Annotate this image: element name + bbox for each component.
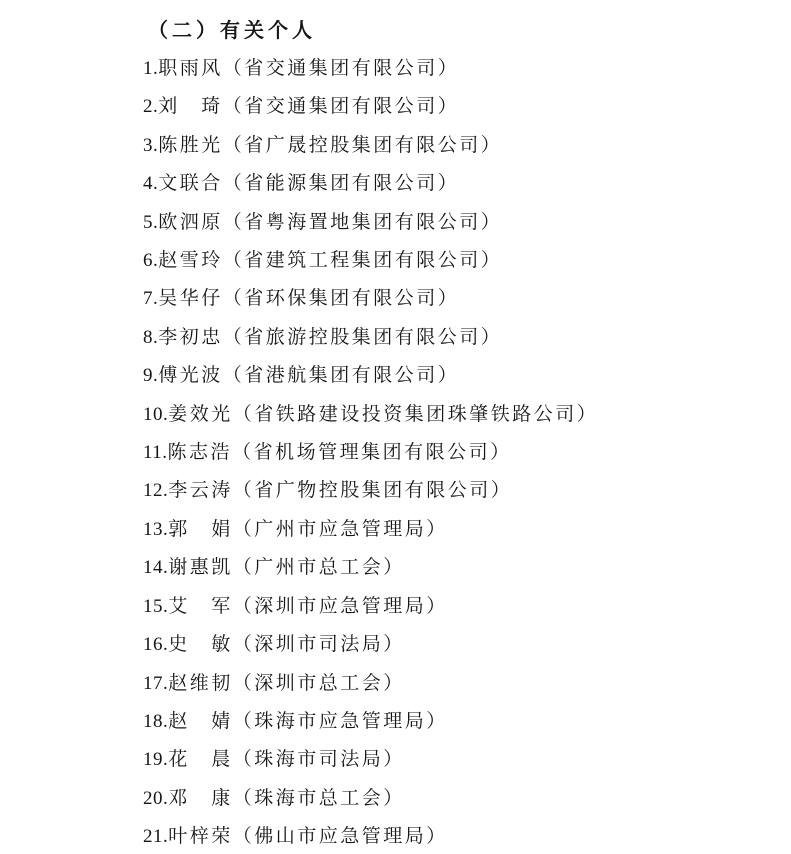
entry-organization: （省交通集团有限公司）: [223, 58, 460, 79]
entry-name: 花 晨: [168, 749, 233, 770]
list-item: 4.文联合（省能源集团有限公司）: [143, 165, 751, 203]
person-list: 1.职雨风（省交通集团有限公司）2.刘 琦（省交通集团有限公司）3.陈胜光（省广…: [143, 50, 751, 854]
entry-number: 20.: [143, 788, 168, 809]
entry-name: 姜效光: [168, 404, 233, 425]
list-item: 8.李初忠（省旅游控股集团有限公司）: [143, 319, 751, 357]
entry-organization: （珠海市总工会）: [233, 788, 405, 809]
entry-name: 傅光波: [158, 365, 223, 386]
entry-number: 13.: [143, 519, 168, 540]
entry-name: 欧泗原: [158, 212, 223, 233]
list-item: 10.姜效光（省铁路建设投资集团珠肇铁路公司）: [143, 396, 751, 434]
entry-organization: （广州市总工会）: [233, 557, 405, 578]
entry-organization: （省粤海置地集团有限公司）: [223, 212, 503, 233]
entry-organization: （省机场管理集团有限公司）: [232, 442, 512, 463]
list-item: 13.郭 娟（广州市应急管理局）: [143, 511, 751, 549]
entry-organization: （佛山市应急管理局）: [233, 826, 448, 847]
entry-name: 刘 琦: [158, 96, 223, 117]
entry-name: 邓 康: [168, 788, 233, 809]
entry-organization: （省交通集团有限公司）: [223, 96, 460, 117]
entry-name: 陈志浩: [168, 442, 233, 463]
entry-organization: （深圳市应急管理局）: [233, 596, 448, 617]
list-item: 20.邓 康（珠海市总工会）: [143, 780, 751, 818]
list-item: 14.谢惠凯（广州市总工会）: [143, 549, 751, 587]
entry-organization: （省铁路建设投资集团珠肇铁路公司）: [233, 404, 599, 425]
entry-name: 职雨风: [158, 58, 223, 79]
entry-number: 17.: [143, 673, 168, 694]
entry-name: 谢惠凯: [168, 557, 233, 578]
entry-organization: （珠海市司法局）: [233, 749, 405, 770]
list-item: 17.赵维韧（深圳市总工会）: [143, 665, 751, 703]
list-item: 9.傅光波（省港航集团有限公司）: [143, 357, 751, 395]
entry-number: 15.: [143, 596, 168, 617]
entry-organization: （省建筑工程集团有限公司）: [223, 250, 503, 271]
entry-organization: （珠海市应急管理局）: [233, 711, 448, 732]
entry-name: 赵 婧: [168, 711, 233, 732]
list-item: 2.刘 琦（省交通集团有限公司）: [143, 88, 751, 126]
list-item: 6.赵雪玲（省建筑工程集团有限公司）: [143, 242, 751, 280]
list-item: 1.职雨风（省交通集团有限公司）: [143, 50, 751, 88]
list-item: 5.欧泗原（省粤海置地集团有限公司）: [143, 204, 751, 242]
entry-number: 11.: [143, 442, 168, 463]
entry-name: 郭 娟: [168, 519, 233, 540]
entry-number: 8.: [143, 327, 158, 348]
entry-number: 3.: [143, 135, 158, 156]
section-heading: （二）有关个人: [143, 13, 751, 50]
entry-organization: （省能源集团有限公司）: [223, 173, 460, 194]
entry-number: 14.: [143, 557, 168, 578]
list-item: 3.陈胜光（省广晟控股集团有限公司）: [143, 127, 751, 165]
list-item: 21.叶梓荣（佛山市应急管理局）: [143, 818, 751, 854]
entry-number: 12.: [143, 480, 168, 501]
list-item: 18.赵 婧（珠海市应急管理局）: [143, 703, 751, 741]
entry-number: 2.: [143, 96, 158, 117]
entry-name: 艾 军: [168, 596, 233, 617]
entry-organization: （省广物控股集团有限公司）: [233, 480, 513, 501]
entry-number: 4.: [143, 173, 158, 194]
entry-number: 5.: [143, 212, 158, 233]
entry-organization: （深圳市总工会）: [233, 673, 405, 694]
entry-organization: （省港航集团有限公司）: [223, 365, 460, 386]
list-item: 11.陈志浩（省机场管理集团有限公司）: [143, 434, 751, 472]
entry-name: 叶梓荣: [168, 826, 233, 847]
entry-organization: （省广晟控股集团有限公司）: [223, 135, 503, 156]
list-item: 16.史 敏（深圳市司法局）: [143, 626, 751, 664]
entry-organization: （省旅游控股集团有限公司）: [223, 327, 503, 348]
list-item: 19.花 晨（珠海市司法局）: [143, 741, 751, 779]
entry-name: 赵维韧: [168, 673, 233, 694]
entry-number: 18.: [143, 711, 168, 732]
entry-organization: （广州市应急管理局）: [233, 519, 448, 540]
list-item: 7.吴华仔（省环保集团有限公司）: [143, 280, 751, 318]
entry-name: 李初忠: [158, 327, 223, 348]
entry-name: 文联合: [158, 173, 223, 194]
entry-name: 史 敏: [168, 634, 233, 655]
entry-number: 6.: [143, 250, 158, 271]
list-item: 15.艾 军（深圳市应急管理局）: [143, 588, 751, 626]
entry-number: 16.: [143, 634, 168, 655]
list-item: 12.李云涛（省广物控股集团有限公司）: [143, 472, 751, 510]
entry-organization: （省环保集团有限公司）: [223, 288, 460, 309]
entry-number: 9.: [143, 365, 158, 386]
entry-number: 10.: [143, 404, 168, 425]
entry-number: 21.: [143, 826, 168, 847]
entry-number: 1.: [143, 58, 158, 79]
entry-name: 吴华仔: [158, 288, 223, 309]
entry-number: 19.: [143, 749, 168, 770]
entry-number: 7.: [143, 288, 158, 309]
entry-name: 陈胜光: [158, 135, 223, 156]
entry-organization: （深圳市司法局）: [233, 634, 405, 655]
document-page: （二）有关个人 1.职雨风（省交通集团有限公司）2.刘 琦（省交通集团有限公司）…: [0, 0, 791, 854]
entry-name: 李云涛: [168, 480, 233, 501]
entry-name: 赵雪玲: [158, 250, 223, 271]
